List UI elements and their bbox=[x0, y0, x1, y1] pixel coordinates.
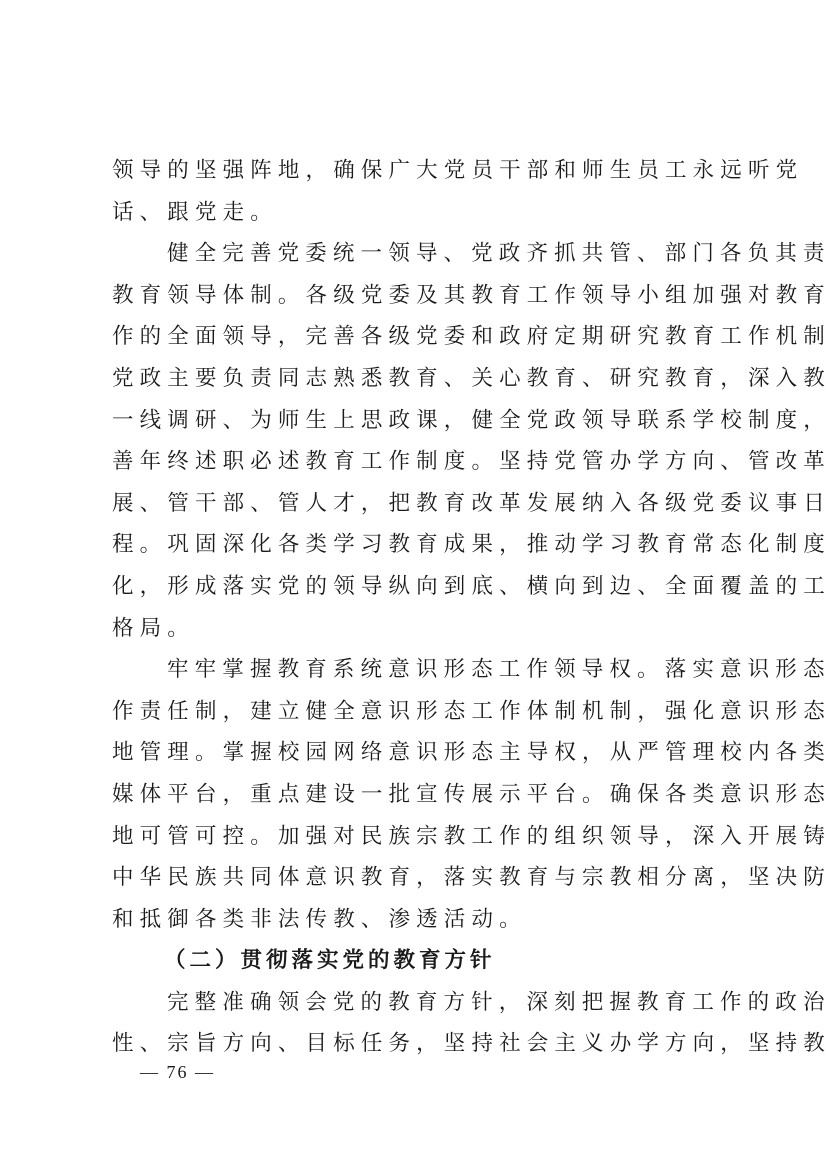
body-line: 领导的坚强阵地，确保广大党员干部和师生员工永远听党 bbox=[112, 150, 724, 192]
body-line: 话、跟党走。 bbox=[112, 192, 724, 234]
body-line: 教育领导体制。各级党委及其教育工作领导小组加强对教育工 bbox=[112, 275, 724, 317]
body-line: 性、宗旨方向、目标任务，坚持社会主义办学方向，坚持教育 bbox=[112, 1023, 724, 1065]
body-line: 地管理。掌握校园网络意识形态主导权，从严管理校内各类新 bbox=[112, 732, 724, 774]
body-line: 化，形成落实党的领导纵向到底、横向到边、全面覆盖的工作 bbox=[112, 566, 724, 608]
body-line: 格局。 bbox=[112, 608, 724, 650]
body-line: 一线调研、为师生上思政课，健全党政领导联系学校制度，完 bbox=[112, 400, 724, 442]
body-line: 和抵御各类非法传教、渗透活动。 bbox=[112, 899, 724, 941]
body-line: 展、管干部、管人才，把教育改革发展纳入各级党委议事日 bbox=[112, 483, 724, 525]
body-line: 程。巩固深化各类学习教育成果，推动学习教育常态化制度 bbox=[112, 524, 724, 566]
paragraph-start-line: 健全完善党委统一领导、党政齐抓共管、部门各负其责的 bbox=[112, 233, 724, 275]
page-number: — 76 — bbox=[140, 1062, 215, 1083]
body-line: 地可管可控。加强对民族宗教工作的组织领导，深入开展铸牢 bbox=[112, 816, 724, 858]
body-line: 作的全面领导，完善各级党委和政府定期研究教育工作机制。 bbox=[112, 316, 724, 358]
paragraph-start-line: 牢牢掌握教育系统意识形态工作领导权。落实意识形态工 bbox=[112, 649, 724, 691]
body-line: 党政主要负责同志熟悉教育、关心教育、研究教育，深入教育 bbox=[112, 358, 724, 400]
document-body: 领导的坚强阵地，确保广大党员干部和师生员工永远听党 话、跟党走。 健全完善党委统… bbox=[112, 150, 724, 1065]
section-heading: （二）贯彻落实党的教育方针 bbox=[112, 940, 724, 982]
body-line: 作责任制，建立健全意识形态工作体制机制，强化意识形态阵 bbox=[112, 691, 724, 733]
body-line: 中华民族共同体意识教育，落实教育与宗教相分离，坚决防范 bbox=[112, 857, 724, 899]
body-line: 媒体平台，重点建设一批宣传展示平台。确保各类意识形态阵 bbox=[112, 774, 724, 816]
paragraph-start-line: 完整准确领会党的教育方针，深刻把握教育工作的政治属 bbox=[112, 982, 724, 1024]
body-line: 善年终述职必述教育工作制度。坚持党管办学方向、管改革发 bbox=[112, 441, 724, 483]
